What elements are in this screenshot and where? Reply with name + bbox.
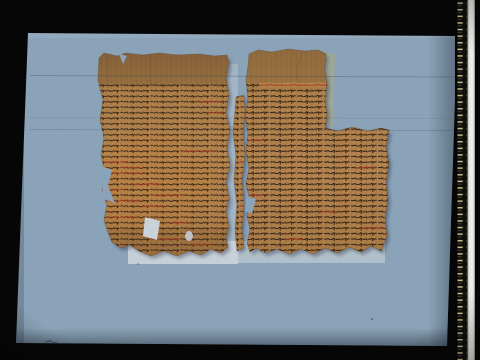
vignette-overlay (0, 0, 480, 360)
papyrus-photograph (0, 0, 480, 360)
photo-canvas (0, 0, 480, 360)
